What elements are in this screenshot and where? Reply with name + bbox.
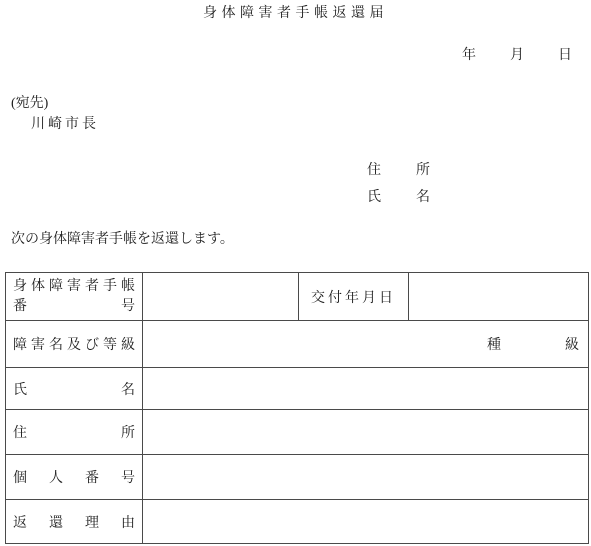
certificate-number-label-cell: 身体障害者手帳 番号 xyxy=(6,273,143,321)
personal-number-value-cell xyxy=(143,455,589,500)
type-label: 種 xyxy=(487,334,501,354)
certificate-number-label-line1: 身体障害者手帳 xyxy=(13,277,135,297)
issue-date-label-cell: 交付年月日 xyxy=(299,273,409,321)
certificate-number-value-cell xyxy=(143,273,299,321)
document-page: 身体障害者手帳返還届 年 月 日 (宛先) 川崎市長 住 所 氏 名 次の身体障… xyxy=(0,0,591,546)
disability-name-grade-label-cell: 障害名及び等級 xyxy=(6,321,143,368)
personal-number-label: 個人番号 xyxy=(13,467,135,487)
return-form-table: 身体障害者手帳 番号 交付年月日 障害名及び等級 種 級 氏名 xyxy=(5,272,589,544)
disability-name-grade-label: 障害名及び等級 xyxy=(13,334,135,354)
addressee-name: 川崎市長 xyxy=(31,113,99,133)
row-address: 住所 xyxy=(6,410,589,455)
addressee-prefix: (宛先) xyxy=(11,92,48,112)
page-title: 身体障害者手帳返還届 xyxy=(0,2,591,22)
return-reason-value-cell xyxy=(143,500,589,544)
disability-name-grade-value-cell: 種 級 xyxy=(143,321,589,368)
year-label: 年 xyxy=(462,44,476,64)
applicant-block: 住 所 氏 名 xyxy=(367,159,430,206)
date-line: 年 月 日 xyxy=(462,44,572,64)
address-value-cell xyxy=(143,410,589,455)
issue-date-value-cell xyxy=(409,273,589,321)
month-label: 月 xyxy=(510,44,524,64)
name-label-cell: 氏名 xyxy=(6,368,143,410)
name-value-cell xyxy=(143,368,589,410)
return-reason-label: 返還理由 xyxy=(13,512,135,532)
address-label-cell: 住所 xyxy=(6,410,143,455)
row-name: 氏名 xyxy=(6,368,589,410)
grade-label: 級 xyxy=(565,334,579,354)
personal-number-label-cell: 個人番号 xyxy=(6,455,143,500)
address-label: 住所 xyxy=(13,422,135,442)
name-label: 氏名 xyxy=(13,379,135,399)
certificate-number-label-line2: 番号 xyxy=(13,297,135,317)
applicant-address-label: 住 所 xyxy=(367,159,430,179)
row-disability-name-grade: 障害名及び等級 種 級 xyxy=(6,321,589,368)
row-return-reason: 返還理由 xyxy=(6,500,589,544)
body-text: 次の身体障害者手帳を返還します。 xyxy=(11,228,234,248)
day-label: 日 xyxy=(558,44,572,64)
return-reason-label-cell: 返還理由 xyxy=(6,500,143,544)
applicant-name-label: 氏 名 xyxy=(367,186,430,206)
row-personal-number: 個人番号 xyxy=(6,455,589,500)
row-certificate-number: 身体障害者手帳 番号 交付年月日 xyxy=(6,273,589,321)
disability-grade-content: 種 級 xyxy=(150,334,581,354)
